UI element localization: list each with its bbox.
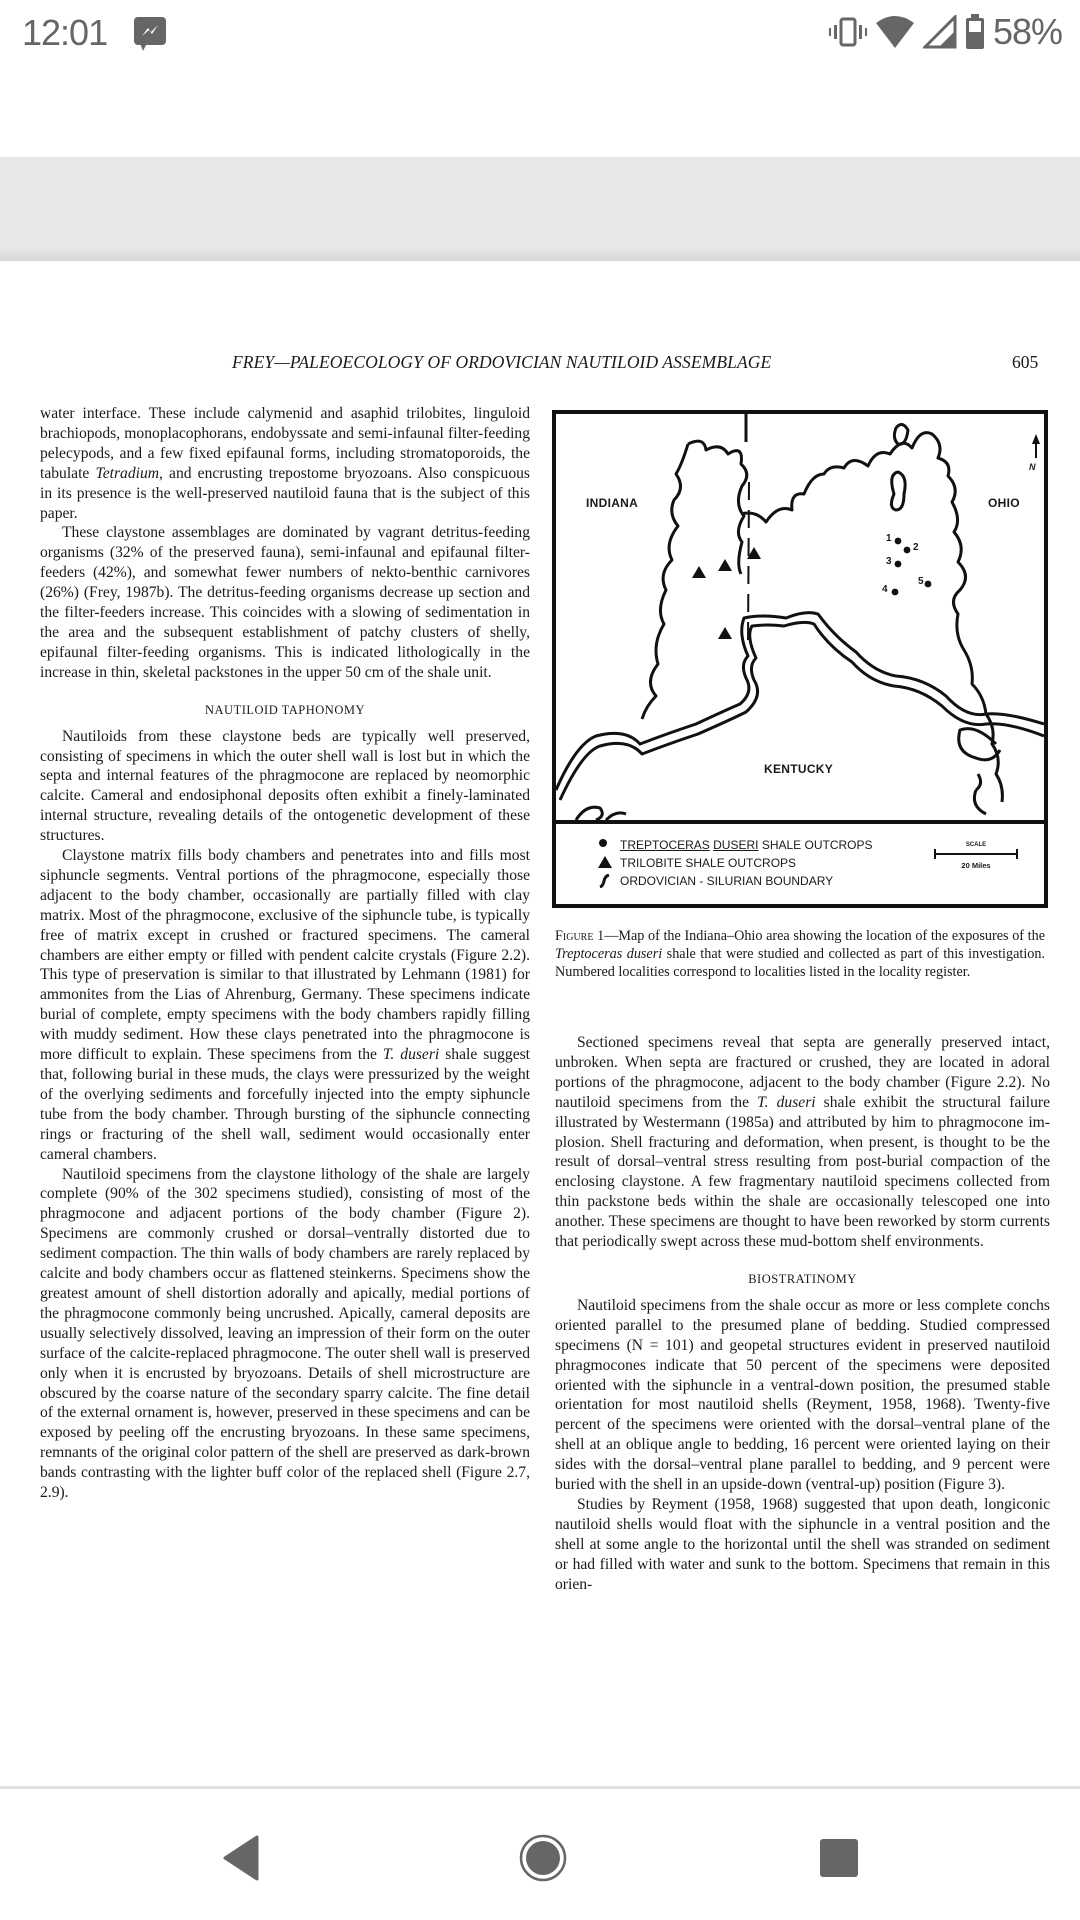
paragraph: water interface. These include calymenid… xyxy=(40,404,530,523)
paragraph: Nautiloid specimens from the claystone l… xyxy=(40,1165,530,1503)
north-label: N xyxy=(1029,462,1036,472)
locality-number: 1 xyxy=(886,533,892,544)
page-number: 605 xyxy=(1012,352,1038,373)
map-label-indiana: INDIANA xyxy=(586,496,638,510)
section-heading: NAUTILOID TAPHONOMY xyxy=(40,701,530,721)
status-bar: 12:01 58% xyxy=(0,0,1080,64)
section-heading: BIOSTRATINOMY xyxy=(555,1270,1050,1290)
clock: 12:01 xyxy=(22,12,107,54)
paragraph: Studies by Reyment (1958, 1968) suggeste… xyxy=(555,1495,1050,1595)
messenger-icon xyxy=(134,17,166,45)
paragraph: Claystone matrix fills body chambers and… xyxy=(40,846,530,1165)
battery-icon xyxy=(965,14,985,50)
battery-percent: 58% xyxy=(993,11,1062,53)
map-label-ohio: OHIO xyxy=(988,496,1020,510)
map-drawing xyxy=(556,414,1044,820)
recents-icon xyxy=(819,1838,859,1878)
paragraph: Nautiloid specimens from the shale occur… xyxy=(555,1296,1050,1495)
cell-signal-icon xyxy=(923,15,957,49)
viewer-toolbar[interactable] xyxy=(0,157,1080,261)
scale-bar-icon xyxy=(934,849,1018,859)
back-button[interactable] xyxy=(206,1823,276,1893)
status-icons: 58% xyxy=(829,12,1062,52)
running-head: FREY—PALEOECOLOGY OF ORDOVICIAN NAUTILOI… xyxy=(232,352,771,373)
north-arrow-icon xyxy=(1032,434,1040,458)
map-label-kentucky: KENTUCKY xyxy=(764,762,833,776)
paragraph: Nautiloids from these claystone beds are… xyxy=(40,727,530,846)
figure-caption: Figure 1—Map of the Indiana–Ohio area sh… xyxy=(555,928,1045,981)
locality-number: 5 xyxy=(918,576,924,587)
map-scale: SCALE 20 Miles xyxy=(934,842,1018,870)
map-legend: TREPTOCERAS DUSERI SHALE OUTCROPS TRILOB… xyxy=(556,820,1044,908)
home-button[interactable] xyxy=(508,1823,578,1893)
wifi-icon xyxy=(875,15,915,49)
home-icon xyxy=(518,1833,568,1883)
right-column: Sectioned specimens reveal that septa ar… xyxy=(555,1033,1050,1594)
paragraph: These claystone assemblages are dominate… xyxy=(40,523,530,682)
legend-item-boundary: ORDOVICIAN - SILURIAN BOUNDARY xyxy=(598,874,833,888)
navigation-bar xyxy=(0,1786,1080,1920)
locality-number: 3 xyxy=(886,556,892,567)
locality-number: 2 xyxy=(913,542,919,553)
back-icon xyxy=(221,1835,261,1881)
left-column: water interface. These include calymenid… xyxy=(40,404,530,1503)
locality-number: 4 xyxy=(882,584,888,595)
legend-item-trilobite: TRILOBITE SHALE OUTCROPS xyxy=(598,856,796,870)
paragraph: Sectioned specimens reveal that septa ar… xyxy=(555,1033,1050,1252)
vibrate-icon xyxy=(829,17,867,47)
recents-button[interactable] xyxy=(804,1823,874,1893)
figure-map: INDIANA OHIO KENTUCKY N 1 2 3 4 5 TREPTO… xyxy=(552,410,1048,908)
legend-item-duseri: TREPTOCERAS DUSERI SHALE OUTCROPS xyxy=(598,838,873,852)
